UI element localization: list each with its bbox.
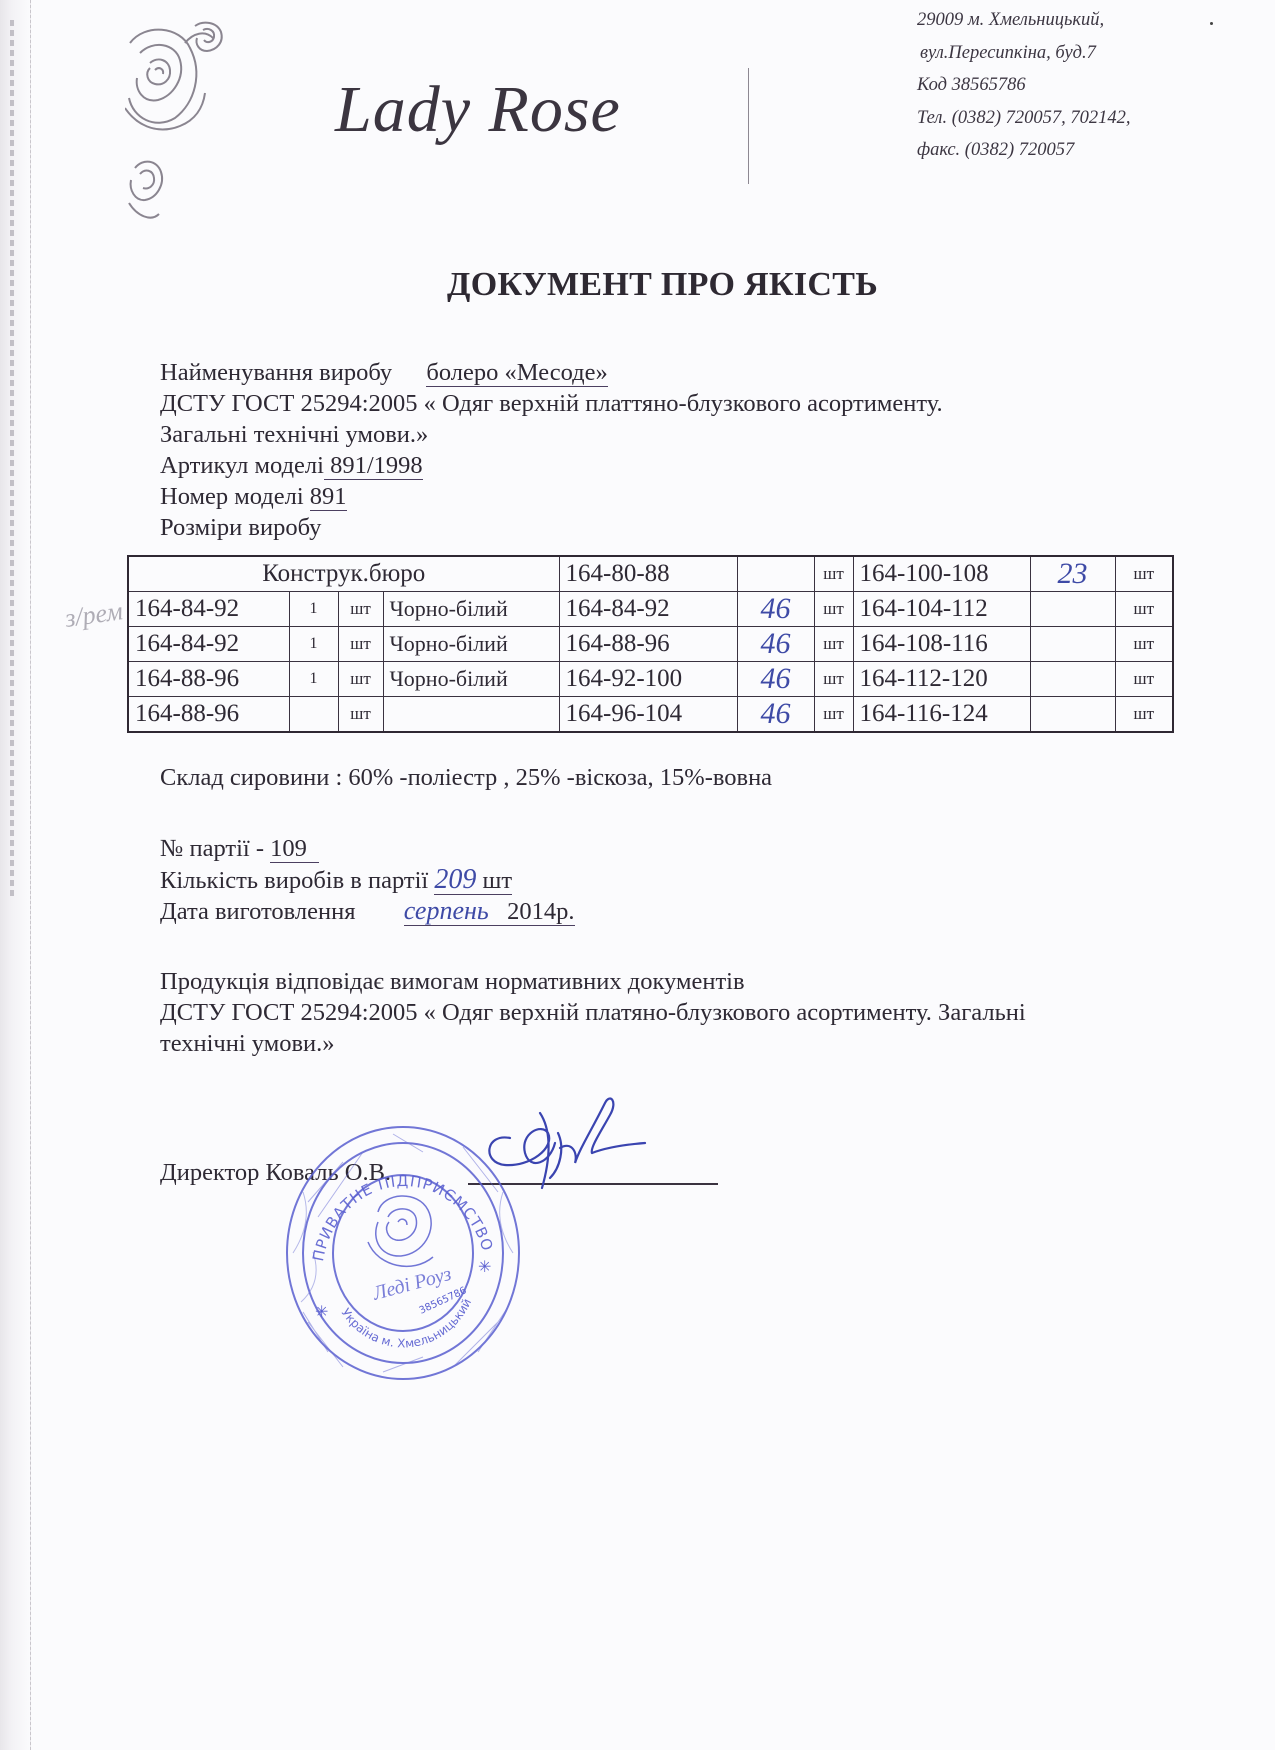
brand-logo: Lady Rose xyxy=(335,72,621,148)
manufacture-year: 2014р. xyxy=(489,898,575,925)
product-name-label: Найменування виробу xyxy=(160,359,392,386)
standard-line-1: ДСТУ ГОСТ 25294:2005 « Одяг верхній плат… xyxy=(160,388,943,419)
composition-line: Склад сировини : 60% -поліестр , 25% -ві… xyxy=(160,762,772,793)
stamp-outer-text: ПРИВАТНЕ ПІДПРИЄМСТВО xyxy=(309,1172,497,1263)
stamp-star-icon: ✳ xyxy=(315,1304,328,1321)
manufacture-date-label: Дата виготовлення xyxy=(160,898,355,925)
left-size-cell: 164-84-92 xyxy=(128,592,289,627)
stamp-star-icon: ✳ xyxy=(478,1259,491,1276)
batch-number-value: 109 xyxy=(270,835,319,863)
svg-text:ПРИВАТНЕ ПІДПРИЄМСТВО: ПРИВАТНЕ ПІДПРИЄМСТВО xyxy=(309,1172,497,1263)
mid-unit-cell: шт xyxy=(814,627,853,662)
mid-qty-cell xyxy=(737,556,814,592)
batch-number-line: № партії - 109 xyxy=(160,833,319,864)
right-unit-cell: шт xyxy=(1115,592,1173,627)
left-color-cell: Чорно-білий xyxy=(383,592,559,627)
header-divider xyxy=(748,68,749,184)
table-row: Конструк.бюро 164-80-88 шт 164-100-108 2… xyxy=(128,556,1173,592)
mid-unit-cell: шт xyxy=(814,592,853,627)
right-unit-cell: шт xyxy=(1115,627,1173,662)
article-line: Артикул моделі 891/1998 xyxy=(160,450,423,481)
left-qty-cell: 1 xyxy=(289,592,338,627)
director-signature-icon xyxy=(480,1093,655,1203)
left-size-cell: 164-88-96 xyxy=(128,697,289,733)
article-value: 891/1998 xyxy=(324,452,423,480)
margin-note: з/рем xyxy=(63,596,124,634)
right-size-cell: 164-100-108 xyxy=(853,556,1030,592)
left-size-cell: 164-84-92 xyxy=(128,627,289,662)
contact-fax: факс. (0382) 720057 xyxy=(917,134,1131,167)
mid-qty-cell: 46 xyxy=(737,627,814,662)
rose-ornament-icon xyxy=(125,18,235,238)
manufacture-month: серпень xyxy=(404,896,489,925)
stamp-bottom-text: Україна м. Хмельницький xyxy=(338,1296,474,1350)
mid-qty-cell: 46 xyxy=(737,697,814,733)
mid-size-cell: 164-88-96 xyxy=(559,627,737,662)
left-unit-cell: шт xyxy=(338,592,383,627)
right-qty-cell xyxy=(1030,697,1115,733)
left-unit-cell: шт xyxy=(338,627,383,662)
batch-count-line: Кількість виробів в партії 209 шт xyxy=(160,864,512,896)
product-name-value: болеро «Месоде» xyxy=(426,359,607,387)
table-row: 164-88-96 1 шт Чорно-білий 164-92-100 46… xyxy=(128,662,1173,697)
right-unit-cell: шт xyxy=(1115,662,1173,697)
scan-speck xyxy=(1210,22,1213,25)
left-unit-cell: шт xyxy=(338,697,383,733)
mid-size-cell: 164-84-92 xyxy=(559,592,737,627)
table-row: 164-88-96 шт 164-96-104 46 шт 164-116-12… xyxy=(128,697,1173,733)
mid-unit-cell: шт xyxy=(814,697,853,733)
right-qty-cell xyxy=(1030,592,1115,627)
mid-size-cell: 164-96-104 xyxy=(559,697,737,733)
contact-address-street: вул.Пересипкіна, буд.7 xyxy=(917,37,1131,70)
contact-phone: Тел. (0382) 720057, 702142, xyxy=(917,102,1131,135)
batch-count-unit: шт xyxy=(476,867,512,894)
model-label: Номер моделі xyxy=(160,483,310,510)
manufacture-date-line: Дата виготовлення серпень 2014р. xyxy=(160,895,575,927)
document-title: ДОКУМЕНТ ПРО ЯКІСТЬ xyxy=(0,266,1275,304)
left-color-cell: Чорно-білий xyxy=(383,662,559,697)
table-row: 164-84-92 1 шт Чорно-білий 164-88-96 46 … xyxy=(128,627,1173,662)
right-size-cell: 164-108-116 xyxy=(853,627,1030,662)
left-unit-cell: шт xyxy=(338,662,383,697)
model-line: Номер моделі 891 xyxy=(160,481,347,512)
batch-count-value: 209 xyxy=(434,864,476,895)
sizes-label: Розміри виробу xyxy=(160,512,321,543)
left-size-cell: 164-88-96 xyxy=(128,662,289,697)
mid-qty-cell: 46 xyxy=(737,662,814,697)
table-row: 164-84-92 1 шт Чорно-білий 164-84-92 46 … xyxy=(128,592,1173,627)
mid-size-cell: 164-92-100 xyxy=(559,662,737,697)
right-size-cell: 164-116-124 xyxy=(853,697,1030,733)
batch-count-label: Кількість виробів в партії xyxy=(160,867,434,894)
mid-qty-cell: 46 xyxy=(737,592,814,627)
director-label: Директор xyxy=(160,1159,266,1186)
right-size-cell: 164-112-120 xyxy=(853,662,1030,697)
mid-unit-cell: шт xyxy=(814,662,853,697)
right-qty-cell xyxy=(1030,662,1115,697)
model-value: 891 xyxy=(310,483,347,511)
article-label: Артикул моделі xyxy=(160,452,324,479)
contact-code: Код 38565786 xyxy=(917,69,1131,102)
conformity-line-3: технічні умови.» xyxy=(160,1028,335,1059)
right-qty-cell xyxy=(1030,627,1115,662)
svg-text:Україна м. Хмельницький: Україна м. Хмельницький xyxy=(338,1296,474,1350)
left-qty-cell: 1 xyxy=(289,662,338,697)
right-qty-cell: 23 xyxy=(1030,556,1115,592)
contact-address-city: 29009 м. Хмельницький, xyxy=(917,4,1131,37)
company-contacts: 29009 м. Хмельницький, вул.Пересипкіна, … xyxy=(917,4,1131,167)
right-unit-cell: шт xyxy=(1115,556,1173,592)
right-unit-cell: шт xyxy=(1115,697,1173,733)
batch-number-label: № партії - xyxy=(160,835,270,862)
right-size-cell: 164-104-112 xyxy=(853,592,1030,627)
left-qty-cell: 1 xyxy=(289,627,338,662)
mid-size-cell: 164-80-88 xyxy=(559,556,737,592)
left-qty-cell xyxy=(289,697,338,733)
conformity-line-1: Продукція відповідає вимогам нормативних… xyxy=(160,966,745,997)
standard-line-2: Загальні технічні умови.» xyxy=(160,419,428,450)
conformity-line-2: ДСТУ ГОСТ 25294:2005 « Одяг верхній плат… xyxy=(160,997,1026,1028)
left-color-cell: Чорно-білий xyxy=(383,627,559,662)
design-bureau-header: Конструк.бюро xyxy=(128,556,559,592)
scan-binding-edge xyxy=(0,0,31,1750)
mid-unit-cell: шт xyxy=(814,556,853,592)
sizes-table: Конструк.бюро 164-80-88 шт 164-100-108 2… xyxy=(127,555,1174,733)
left-color-cell xyxy=(383,697,559,733)
product-name-line: Найменування виробу болеро «Месоде» xyxy=(160,357,608,388)
